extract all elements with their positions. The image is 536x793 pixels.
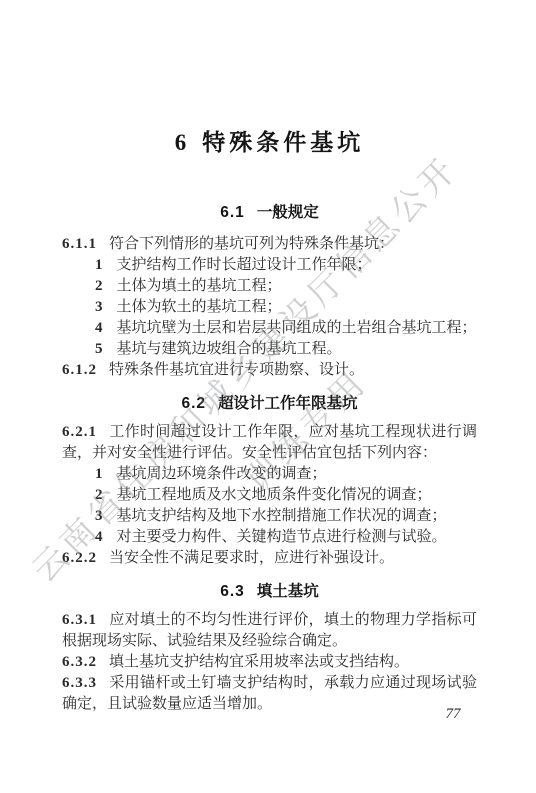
clause-number: 6.3.2 [62, 654, 97, 670]
clause-number: 6.3.1 [62, 612, 97, 628]
list-item: 5基坑与建筑边坡组合的基坑工程。 [62, 339, 477, 360]
clause-number: 6.1.1 [62, 236, 97, 252]
page-number: 77 [436, 706, 470, 723]
clause-6-2-1: 6.2.1工作时间超过设计工作年限，应对基坑工程现状进行调查，并对安全性进行评估… [62, 422, 477, 464]
clause-text: 采用锚杆或土钉墙支护结构时，承载力应通过现场试验确定，且试验数量应适当增加。 [62, 675, 477, 712]
clause-text: 工作时间超过设计工作年限，应对基坑工程现状进行调查，并对安全性进行评估。安全性评… [62, 424, 477, 461]
list-item: 3土体为软土的基坑工程； [62, 297, 477, 318]
item-number: 3 [95, 299, 103, 315]
item-text: 土体为填土的基坑工程； [117, 278, 282, 294]
clause-6-2-2: 6.2.2当安全性不满足要求时，应进行补强设计。 [62, 548, 477, 569]
clause-text: 符合下列情形的基坑可列为特殊条件基坑： [109, 236, 394, 252]
document-page: 云南省住房和城乡建设厅信息公开 训练专用 6特殊条件基坑 6.1一般规定 6.1… [0, 0, 536, 793]
item-text: 基坑与建筑边坡组合的基坑工程。 [117, 341, 342, 357]
list-item: 4对主要受力构件、关键构造节点进行检测与试验。 [62, 527, 477, 548]
chapter-number: 6 [175, 130, 187, 155]
item-text: 基坑周边环境条件改变的调查； [117, 466, 327, 482]
clause-6-1-2: 6.1.2特殊条件基坑宜进行专项勘察、设计。 [62, 360, 477, 381]
list-item: 4基坑坑壁为土层和岩层共同组成的土岩组合基坑工程； [62, 318, 477, 339]
item-number: 2 [95, 487, 103, 503]
section-number: 6.2 [181, 395, 206, 412]
item-number: 1 [95, 257, 103, 273]
section-heading-6-2: 6.2超设计工作年限基坑 [62, 393, 477, 414]
page-content: 6特殊条件基坑 6.1一般规定 6.1.1符合下列情形的基坑可列为特殊条件基坑：… [62, 0, 477, 715]
section-heading-6-1: 6.1一般规定 [62, 202, 477, 223]
clause-text: 应对填土的不均匀性进行评价，填土的物理力学指标可根据现场实际、试验结果及经验综合… [62, 612, 477, 649]
clause-6-3-2: 6.3.2填土基坑支护结构宜采用坡率法或支挡结构。 [62, 652, 477, 673]
item-text: 土体为软土的基坑工程； [117, 299, 282, 315]
clause-text: 特殊条件基坑宜进行专项勘察、设计。 [109, 362, 364, 378]
clause-number: 6.1.2 [62, 362, 97, 378]
clause-text: 填土基坑支护结构宜采用坡率法或支挡结构。 [109, 654, 409, 670]
item-text: 支护结构工作时长超过设计工作年限； [117, 257, 372, 273]
section-title: 一般规定 [257, 204, 319, 221]
list-item: 2基坑工程地质及水文地质条件变化情况的调查； [62, 485, 477, 506]
item-number: 5 [95, 341, 103, 357]
item-text: 基坑支护结构及地下水控制措施工作状况的调查； [117, 508, 447, 524]
list-item: 1基坑周边环境条件改变的调查； [62, 464, 477, 485]
section-number: 6.1 [220, 204, 245, 221]
list-item: 3基坑支护结构及地下水控制措施工作状况的调查； [62, 506, 477, 527]
clause-6-3-3: 6.3.3采用锚杆或土钉墙支护结构时，承载力应通过现场试验确定，且试验数量应适当… [62, 673, 477, 715]
clause-number: 6.3.3 [62, 675, 97, 691]
item-number: 4 [95, 320, 103, 336]
chapter-heading: 6特殊条件基坑 [62, 128, 477, 158]
section-heading-6-3: 6.3填土基坑 [62, 581, 477, 602]
clause-6-3-1: 6.3.1应对填土的不均匀性进行评价，填土的物理力学指标可根据现场实际、试验结果… [62, 610, 477, 652]
item-number: 3 [95, 508, 103, 524]
item-text: 对主要受力构件、关键构造节点进行检测与试验。 [117, 529, 447, 545]
chapter-title: 特殊条件基坑 [202, 130, 364, 155]
clause-number: 6.2.1 [62, 424, 97, 440]
item-number: 1 [95, 466, 103, 482]
section-title: 填土基坑 [257, 583, 319, 600]
clause-text: 当安全性不满足要求时，应进行补强设计。 [109, 550, 394, 566]
clause-6-1-1: 6.1.1符合下列情形的基坑可列为特殊条件基坑： [62, 234, 477, 255]
item-text: 基坑工程地质及水文地质条件变化情况的调查； [117, 487, 432, 503]
item-text: 基坑坑壁为土层和岩层共同组成的土岩组合基坑工程； [117, 320, 477, 336]
section-title: 超设计工作年限基坑 [218, 395, 358, 412]
section-number: 6.3 [220, 583, 245, 600]
item-number: 4 [95, 529, 103, 545]
list-item: 2土体为填土的基坑工程； [62, 276, 477, 297]
list-item: 1支护结构工作时长超过设计工作年限； [62, 255, 477, 276]
clause-number: 6.2.2 [62, 550, 97, 566]
item-number: 2 [95, 278, 103, 294]
